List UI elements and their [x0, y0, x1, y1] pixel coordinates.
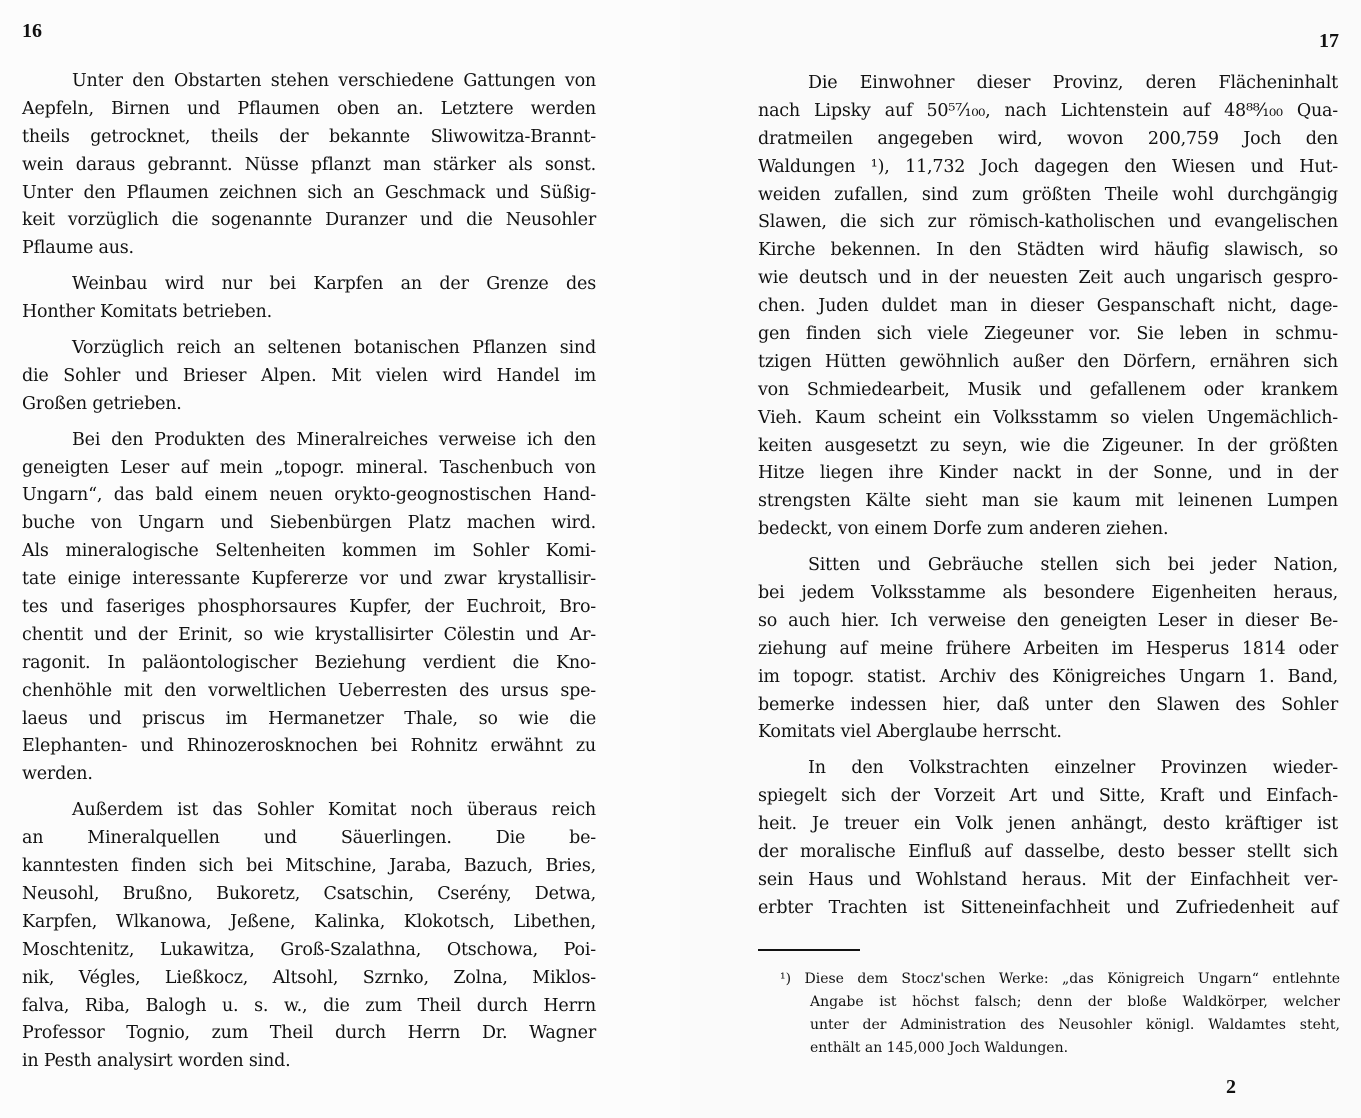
text-line: keit vorzüglich die sogenannte Duranzer … — [22, 207, 596, 235]
text-line: sein Haus und Wohlstand heraus. Mit der … — [758, 867, 1338, 895]
text-line: Komitats viel Aberglaube herrscht. — [758, 719, 1338, 747]
text-line: Slawen, die sich zur römisch-katholische… — [758, 209, 1338, 237]
text-line: spiegelt sich der Vorzeit Art und Sitte,… — [758, 783, 1338, 811]
text-line: Vieh. Kaum scheint ein Volksstamm so vie… — [758, 405, 1338, 433]
text-line: heit. Je treuer ein Volk jenen anhängt, … — [758, 811, 1338, 839]
text-line: Vorzüglich reich an seltenen botanischen… — [22, 335, 596, 363]
text-line: Elephanten- und Rhinozerosknochen bei Ro… — [22, 733, 596, 761]
text-line: chen. Juden duldet man in dieser Gespans… — [758, 293, 1338, 321]
text-line: laeus und priscus im Hermanetzer Thale, … — [22, 706, 596, 734]
text-line: ragonit. In paläontologischer Beziehung … — [22, 650, 596, 678]
text-line: In den Volkstrachten einzelner Provinzen… — [758, 755, 1338, 783]
footnote-line: unter der Administration des Neusohler k… — [780, 1014, 1340, 1037]
page-number-right: 17 — [1319, 30, 1339, 53]
text-line: Neusohl, Brußno, Bukoretz, Csatschin, Cs… — [22, 881, 596, 909]
footnote-divider — [758, 949, 860, 951]
text-line: tzigen Hütten gewöhnlich außer den Dörfe… — [758, 349, 1338, 377]
text-line: Hitze liegen ihre Kinder nackt in der So… — [758, 460, 1338, 488]
footnote: ¹) Diese dem Stocz'schen Werke: „das Kön… — [780, 968, 1340, 1060]
text-line: kanntesten finden sich bei Mitschine, Ja… — [22, 853, 596, 881]
text-line: werden. — [22, 761, 596, 789]
text-line: Die Einwohner dieser Provinz, deren Fläc… — [758, 70, 1338, 98]
paragraph-gap — [22, 263, 596, 271]
text-line: ziehung auf meine frühere Arbeiten im He… — [758, 636, 1338, 664]
text-line: tate einige interessante Kupfererze vor … — [22, 566, 596, 594]
text-line: Ungarn“, das bald einem neuen orykto-geo… — [22, 482, 596, 510]
paragraph-gap — [758, 544, 1338, 552]
paragraph-gap — [22, 789, 596, 797]
text-line: bei jedem Volksstamme als besondere Eige… — [758, 580, 1338, 608]
text-line: dratmeilen angegeben wird, wovon 200,759… — [758, 126, 1338, 154]
book-spread: 16 Unter den Obstarten stehen verschiede… — [0, 0, 1361, 1118]
text-line: nach Lipsky auf 50⁵⁷⁄₁₀₀, nach Lichtenst… — [758, 98, 1338, 126]
text-line: Weinbau wird nur bei Karpfen an der Gren… — [22, 271, 596, 299]
text-line: keiten ausgesetzt zu seyn, wie die Zigeu… — [758, 433, 1338, 461]
text-line: buche von Ungarn und Siebenbürgen Platz … — [22, 510, 596, 538]
text-line: im topogr. statist. Archiv des Königreic… — [758, 664, 1338, 692]
text-line: Waldungen ¹), 11,732 Joch dagegen den Wi… — [758, 154, 1338, 182]
text-line: Unter den Obstarten stehen verschiedene … — [22, 68, 596, 96]
text-line: von Schmiedearbeit, Musik und gefallenem… — [758, 377, 1338, 405]
text-line: Pflaume aus. — [22, 235, 596, 263]
text-line: wein daraus gebrannt. Nüsse pflanzt man … — [22, 152, 596, 180]
text-line: weiden zufallen, sind zum größten Theile… — [758, 182, 1338, 210]
text-line: Kirche bekennen. In den Städten wird häu… — [758, 237, 1338, 265]
text-line: bedeckt, von einem Dorfe zum anderen zie… — [758, 516, 1338, 544]
text-line: Moschtenitz, Lukawitza, Groß-Szalathna, … — [22, 937, 596, 965]
text-line: tes und faseriges phosphorsaures Kupfer,… — [22, 594, 596, 622]
text-line: Außerdem ist das Sohler Komitat noch übe… — [22, 797, 596, 825]
text-line: bemerke indessen hier, daß unter den Sla… — [758, 692, 1338, 720]
text-line: der moralische Einfluß auf dasselbe, des… — [758, 839, 1338, 867]
text-line: Großen getrieben. — [22, 391, 596, 419]
text-line: geneigten Leser auf mein „topogr. minera… — [22, 455, 596, 483]
text-line: Aepfeln, Birnen und Pflaumen oben an. Le… — [22, 96, 596, 124]
text-line: falva, Riba, Balogh u. s. w., die zum Th… — [22, 993, 596, 1021]
right-page: 17 Die Einwohner dieser Provinz, deren F… — [680, 0, 1361, 1118]
text-line: chentit und der Erinit, so wie krystalli… — [22, 622, 596, 650]
footnote-line: Angabe ist höchst falsch; denn der bloße… — [780, 991, 1340, 1014]
text-line: gen finden sich viele Ziegeuner vor. Sie… — [758, 321, 1338, 349]
footnote-line: ¹) Diese dem Stocz'schen Werke: „das Kön… — [780, 968, 1340, 991]
text-line: Honther Komitats betrieben. — [22, 299, 596, 327]
paragraph-gap — [758, 747, 1338, 755]
signature-mark: 2 — [1226, 1076, 1236, 1099]
text-line: Sitten und Gebräuche stellen sich bei je… — [758, 552, 1338, 580]
text-line: chenhöhle mit den vorweltlichen Ueberres… — [22, 678, 596, 706]
page-number-left: 16 — [22, 20, 42, 43]
left-page: 16 Unter den Obstarten stehen verschiede… — [0, 0, 680, 1118]
right-page-text: Die Einwohner dieser Provinz, deren Fläc… — [758, 70, 1338, 923]
text-line: erbter Trachten ist Sitteneinfachheit un… — [758, 895, 1338, 923]
text-line: Als mineralogische Seltenheiten kommen i… — [22, 538, 596, 566]
text-line: theils getrocknet, theils der bekannte S… — [22, 124, 596, 152]
text-line: strengsten Kälte sieht man sie kaum mit … — [758, 488, 1338, 516]
text-line: an Mineralquellen und Säuerlingen. Die b… — [22, 825, 596, 853]
text-line: nik, Végles, Ließkocz, Altsohl, Szrnko, … — [22, 965, 596, 993]
paragraph-gap — [22, 419, 596, 427]
text-line: Unter den Pflaumen zeichnen sich an Gesc… — [22, 180, 596, 208]
text-line: so auch hier. Ich verweise den geneigten… — [758, 608, 1338, 636]
paragraph-gap — [22, 327, 596, 335]
text-line: Karpfen, Wlkanowa, Jeßene, Kalinka, Klok… — [22, 909, 596, 937]
footnote-line: enthält an 145,000 Joch Waldungen. — [780, 1037, 1340, 1060]
left-page-text: Unter den Obstarten stehen verschiedene … — [22, 68, 596, 1076]
text-line: Bei den Produkten des Mineralreiches ver… — [22, 427, 596, 455]
text-line: wie deutsch und in der neuesten Zeit auc… — [758, 265, 1338, 293]
text-line: die Sohler und Brieser Alpen. Mit vielen… — [22, 363, 596, 391]
text-line: Professor Tognio, zum Theil durch Herrn … — [22, 1020, 596, 1048]
text-line: in Pesth analysirt worden sind. — [22, 1048, 596, 1076]
